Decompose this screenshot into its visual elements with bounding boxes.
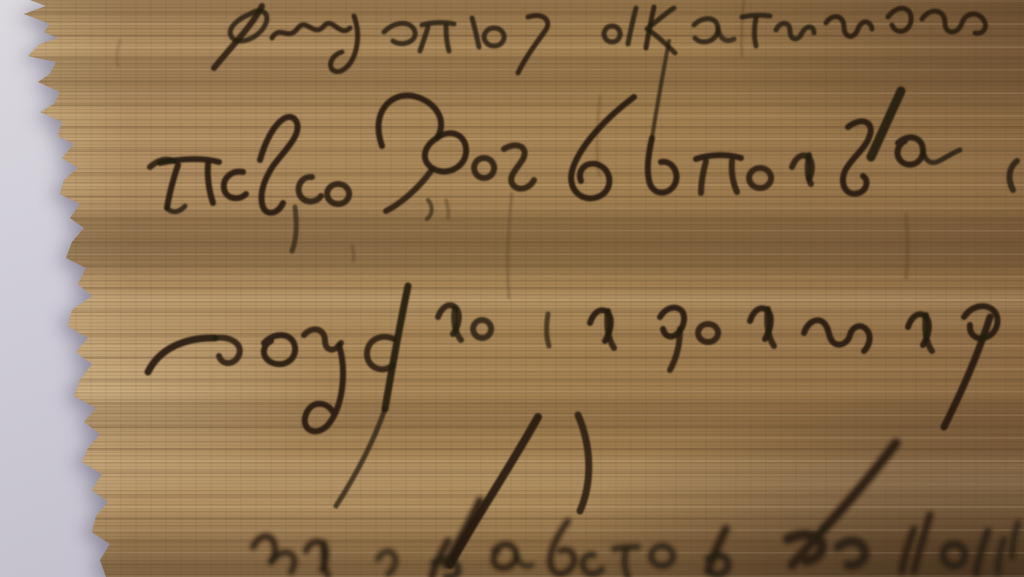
handwriting-stroke <box>446 26 449 51</box>
papyrus-crease <box>352 246 354 261</box>
handwriting-stroke <box>547 314 549 346</box>
papyrus-crease <box>906 214 908 278</box>
photo-canvas: Close-up photograph of an ancient papyru… <box>0 0 1024 577</box>
handwriting-stroke <box>755 18 757 46</box>
papyrus-grain-texture <box>0 0 1024 577</box>
handwriting-stroke <box>422 23 454 25</box>
handwriting-stroke <box>625 549 628 577</box>
handwriting-stroke <box>808 155 811 184</box>
handwriting-layer <box>0 0 1024 577</box>
